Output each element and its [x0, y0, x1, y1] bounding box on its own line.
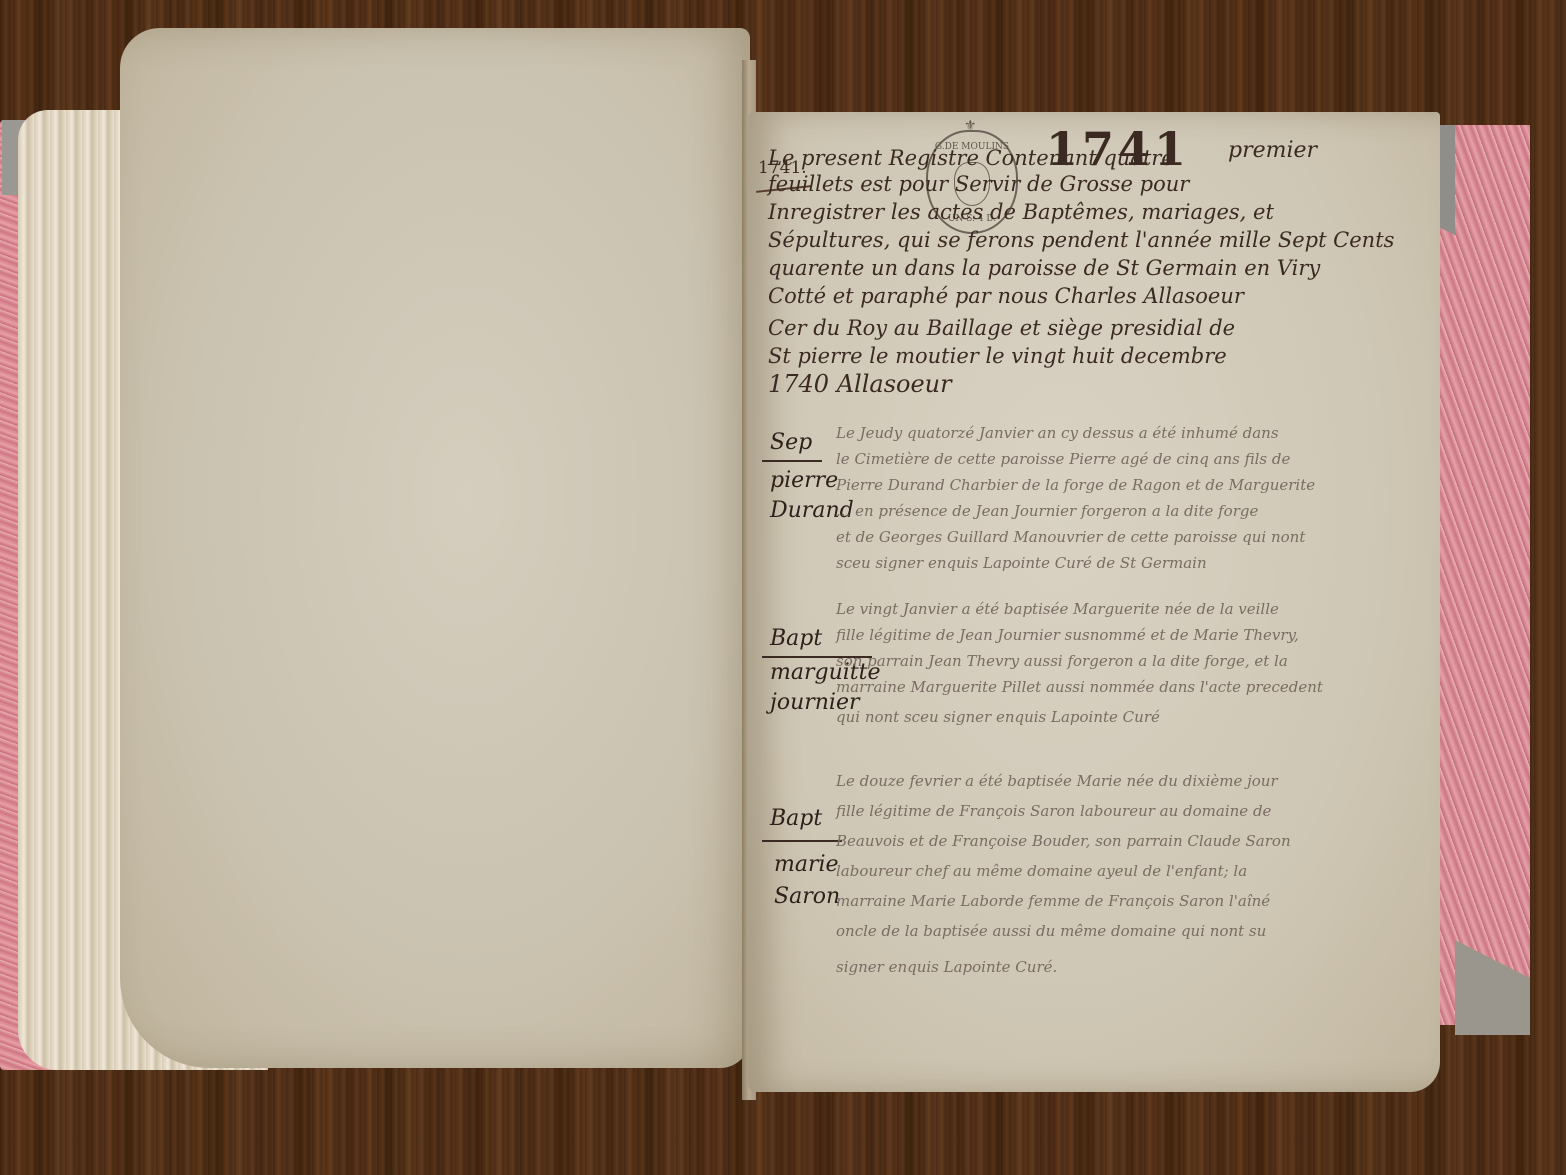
header-line: quarente un dans la paroisse de St Germa… [768, 256, 1320, 280]
header-line: Cotté et paraphé par nous Charles Allaso… [768, 284, 1244, 308]
entry-margin-surname: Saron [774, 884, 840, 909]
entry-line: Le Jeudy quatorzé Janvier an cy dessus a… [836, 424, 1279, 442]
entry-line: le Cimetière de cette paroisse Pierre ag… [836, 450, 1290, 468]
entry-line: oncle de la baptisée aussi du même domai… [836, 922, 1266, 940]
right-page-register: 1741. 1741 premier ⚜ G.DE MOULINS UN S. … [748, 112, 1440, 1092]
entry-line: qui nont sceu signer enquis Lapointe Cur… [836, 708, 1160, 726]
entry-line: signer enquis Lapointe Curé. [836, 958, 1057, 976]
margin-underline [762, 460, 822, 462]
entry-line: fille légitime de François Saron laboure… [836, 802, 1271, 820]
entry-line: laboureur chef au même domaine ayeul de … [836, 862, 1247, 880]
entry-line: sceu signer enquis Lapointe Curé de St G… [836, 554, 1207, 572]
entry-margin-type: Bapt [770, 626, 822, 651]
entry-line: marraine Marie Laborde femme de François… [836, 892, 1270, 910]
entry-line: son parrain Jean Thevry aussi forgeron a… [836, 652, 1288, 670]
header-line: Inregistrer les actes de Baptêmes, maria… [768, 200, 1274, 224]
entry-margin-name: marie [774, 852, 839, 877]
entry-line: Pierre Durand Charbier de la forge de Ra… [836, 476, 1315, 494]
margin-underline [762, 840, 842, 842]
entry-line: ... en présence de Jean Journier forgero… [836, 502, 1258, 520]
entry-margin-name: pierre [770, 468, 838, 493]
entry-margin-type: Bapt [770, 806, 822, 831]
fleur-de-lis-icon: ⚜ [964, 118, 977, 134]
header-line: Cer du Roy au Baillage et siège presidia… [768, 316, 1235, 340]
marbled-cover-right [1430, 125, 1530, 1025]
top-right-note: premier [1228, 138, 1317, 163]
entry-line: et de Georges Guillard Manouvrier de cet… [836, 528, 1305, 546]
left-page-blank [120, 28, 750, 1068]
entry-line: Le vingt Janvier a été baptisée Margueri… [836, 600, 1279, 618]
entry-line: Le douze fevrier a été baptisée Marie né… [836, 772, 1278, 790]
entry-line: fille légitime de Jean Journier susnommé… [836, 626, 1299, 644]
entry-line: marraine Marguerite Pillet aussi nommée … [836, 678, 1323, 696]
entry-line: Beauvois et de Françoise Bouder, son par… [836, 832, 1291, 850]
header-signature: 1740 Allasoeur [768, 370, 952, 398]
header-line: feuillets est pour Servir de Grosse pour [768, 172, 1189, 196]
header-line: St pierre le moutier le vingt huit decem… [768, 344, 1227, 368]
entry-margin-type: Sep [770, 430, 812, 455]
header-line: Le present Registre Contenant quatre [768, 146, 1174, 170]
header-line: Sépultures, qui se ferons pendent l'anné… [768, 228, 1394, 252]
